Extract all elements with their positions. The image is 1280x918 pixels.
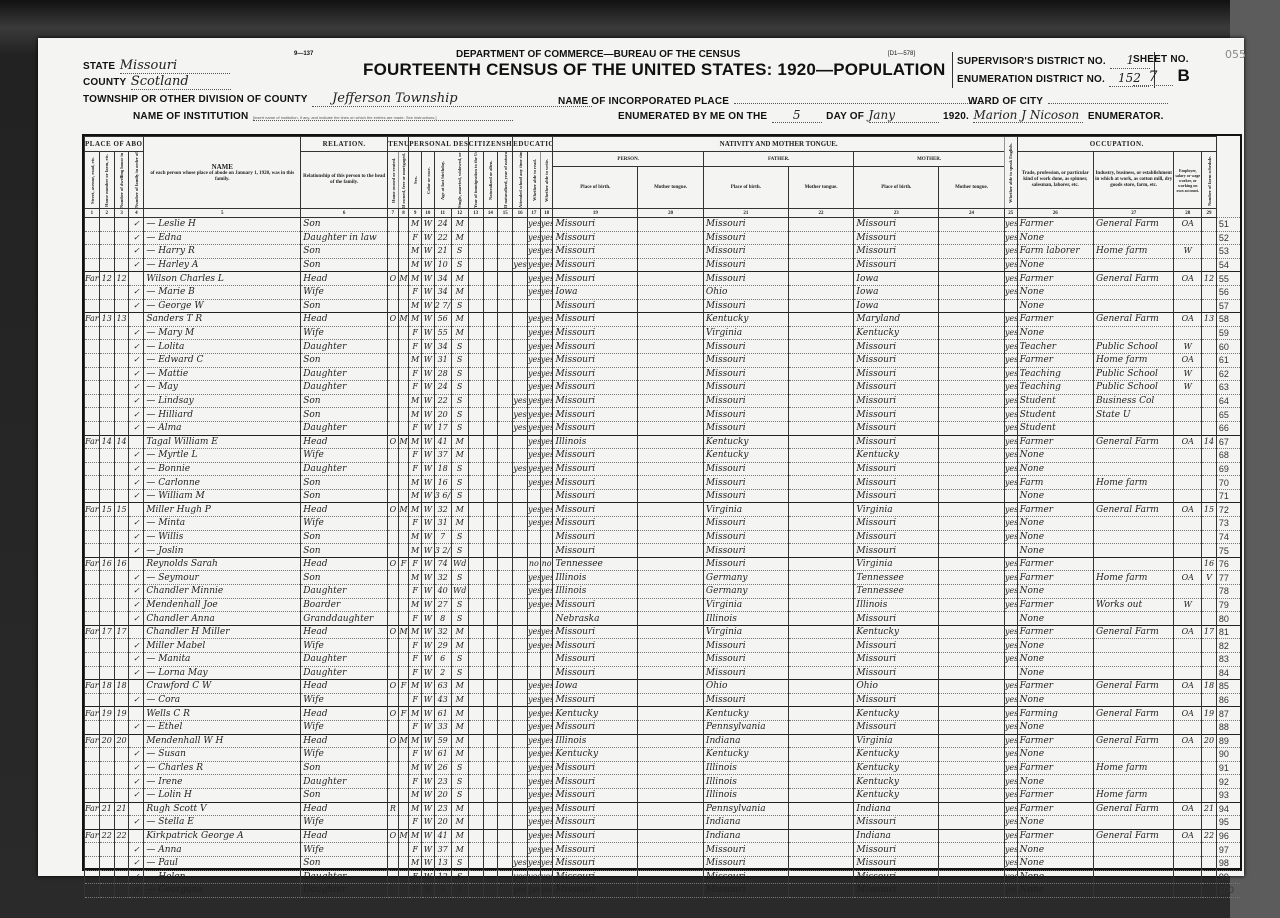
- cell-own: [388, 326, 399, 340]
- cell-sch: [513, 517, 528, 531]
- cell-check: [129, 707, 144, 721]
- cell-mpob: Kentucky: [854, 449, 939, 463]
- cell-ind: [1093, 748, 1174, 762]
- cell-ftongue: [788, 394, 854, 408]
- column-number: 6: [301, 209, 388, 218]
- cell-pob: Missouri: [553, 775, 638, 789]
- header-c25: Whether able to speak English.: [1004, 137, 1017, 209]
- cell-eng: yes: [1004, 503, 1017, 517]
- corner-note: 055: [1225, 48, 1246, 61]
- cell-imm: [468, 585, 483, 599]
- cell-rel: Head: [301, 557, 388, 571]
- cell-pob: Missouri: [553, 367, 638, 381]
- line-number: 70: [1216, 476, 1240, 490]
- cell-ind: [1093, 544, 1174, 558]
- cell-fpob: Kentucky: [703, 435, 788, 449]
- cell-pob: Missouri: [553, 870, 638, 884]
- cell-dw: [99, 218, 114, 232]
- cell-sex: M: [409, 707, 422, 721]
- cell-mpob: Missouri: [854, 381, 939, 395]
- cell-own: [388, 693, 399, 707]
- cell-rel: Head: [301, 707, 388, 721]
- cell-mort: M: [398, 435, 409, 449]
- line-number: 74: [1216, 530, 1240, 544]
- cell-road: [85, 421, 100, 435]
- cell-rel: Head: [301, 802, 388, 816]
- cell-name: Reynolds Sarah: [144, 557, 301, 571]
- cell-read: yes: [528, 639, 541, 653]
- cell-eng: yes: [1004, 326, 1017, 340]
- cell-farm: [1202, 394, 1217, 408]
- cell-eng: yes: [1004, 530, 1017, 544]
- cell-name: — Cora: [144, 693, 301, 707]
- cell-pob: Tennessee: [553, 557, 638, 571]
- cell-write: yes: [540, 517, 553, 531]
- cell-fam: [114, 775, 129, 789]
- cell-own: [388, 761, 399, 775]
- cell-cls: [1174, 326, 1202, 340]
- cell-race: W: [422, 571, 435, 585]
- cell-ftongue: [788, 517, 854, 531]
- cell-natyr: [498, 557, 513, 571]
- cell-nat: [483, 802, 498, 816]
- line-number: 56: [1216, 285, 1240, 299]
- cell-road: [85, 775, 100, 789]
- cell-tongue: [638, 761, 704, 775]
- cell-pob: Missouri: [553, 530, 638, 544]
- cell-check: ✓: [129, 489, 144, 503]
- cell-own: O: [388, 734, 399, 748]
- cell-eng: yes: [1004, 340, 1017, 354]
- cell-mort: [398, 449, 409, 463]
- cell-name: — Hilliard: [144, 408, 301, 422]
- cell-nat: [483, 367, 498, 381]
- cell-check: ✓: [129, 856, 144, 870]
- cell-mort: [398, 870, 409, 884]
- cell-ftongue: [788, 612, 854, 626]
- cell-pob: Missouri: [553, 517, 638, 531]
- cell-race: W: [422, 666, 435, 680]
- cell-dw: [99, 421, 114, 435]
- cell-check: [129, 272, 144, 286]
- cell-farm: [1202, 693, 1217, 707]
- header-c4: Number of family in order of visitation.: [129, 152, 144, 209]
- cell-own: O: [388, 272, 399, 286]
- cell-road: [85, 489, 100, 503]
- cell-mpob: Ohio: [854, 680, 939, 694]
- cell-tongue: [638, 353, 704, 367]
- cell-dw: [99, 816, 114, 830]
- cell-age: 63: [434, 680, 451, 694]
- cell-occ: Farmer: [1017, 571, 1093, 585]
- cell-ind: [1093, 517, 1174, 531]
- cell-mpob: Missouri: [854, 884, 939, 898]
- cell-own: [388, 258, 399, 272]
- cell-read: yes: [528, 313, 541, 327]
- cell-dw: [99, 408, 114, 422]
- cell-race: W: [422, 476, 435, 490]
- cell-name: — Edward C: [144, 353, 301, 367]
- cell-fam: [114, 544, 129, 558]
- sheet-side: B: [1177, 66, 1189, 85]
- cell-write: no: [540, 557, 553, 571]
- cell-natyr: [498, 707, 513, 721]
- cell-sex: M: [409, 829, 422, 843]
- table-row: Farm2222Kirkpatrick George AHeadOMMW41My…: [85, 829, 1241, 843]
- cell-tongue: [638, 585, 704, 599]
- cell-tongue: [638, 707, 704, 721]
- cell-farm: [1202, 761, 1217, 775]
- cell-nat: [483, 843, 498, 857]
- cell-nat: [483, 775, 498, 789]
- cell-occ: None: [1017, 462, 1093, 476]
- cell-ftongue: [788, 693, 854, 707]
- cell-rel: Daughter in law: [301, 231, 388, 245]
- cell-tongue: [638, 598, 704, 612]
- cell-imm: [468, 734, 483, 748]
- cell-natyr: [498, 816, 513, 830]
- census-sheet: 9—137 DEPARTMENT OF COMMERCE—BUREAU OF T…: [38, 38, 1244, 876]
- cell-age: 34: [434, 272, 451, 286]
- cell-imm: [468, 530, 483, 544]
- cell-road: [85, 585, 100, 599]
- cell-ftongue: [788, 218, 854, 232]
- cell-road: [85, 530, 100, 544]
- cell-eng: yes: [1004, 381, 1017, 395]
- cell-name: — Paul: [144, 856, 301, 870]
- cell-road: Farm: [85, 680, 100, 694]
- cell-rel: Wife: [301, 517, 388, 531]
- cell-farm: [1202, 843, 1217, 857]
- cell-read: yes: [528, 734, 541, 748]
- line-number: 67: [1216, 435, 1240, 449]
- header-c14: Naturalized or alien.: [483, 152, 498, 209]
- cell-cls: [1174, 489, 1202, 503]
- cell-pob: Illinois: [553, 571, 638, 585]
- cell-nat: [483, 489, 498, 503]
- cell-ind: [1093, 326, 1174, 340]
- cell-age: 6: [434, 653, 451, 667]
- cell-natyr: [498, 326, 513, 340]
- cell-dw: [99, 489, 114, 503]
- cell-farm: [1202, 340, 1217, 354]
- cell-farm: [1202, 218, 1217, 232]
- cell-mort: [398, 530, 409, 544]
- column-number: 12: [451, 209, 468, 218]
- cell-road: [85, 666, 100, 680]
- cell-occ: Farmer: [1017, 734, 1093, 748]
- cell-nat: [483, 326, 498, 340]
- cell-occ: Farmer: [1017, 625, 1093, 639]
- cell-sex: F: [409, 653, 422, 667]
- cell-mtongue: [939, 775, 1005, 789]
- cell-own: [388, 231, 399, 245]
- cell-sex: F: [409, 666, 422, 680]
- cell-ms: M: [451, 720, 468, 734]
- cell-rel: Son: [301, 476, 388, 490]
- cell-mort: M: [398, 625, 409, 639]
- cell-imm: [468, 299, 483, 313]
- cell-own: [388, 285, 399, 299]
- cell-sch: [513, 734, 528, 748]
- cell-dw: [99, 666, 114, 680]
- cell-name: Kirkpatrick George A: [144, 829, 301, 843]
- cell-own: O: [388, 625, 399, 639]
- cell-farm: [1202, 462, 1217, 476]
- cell-read: yes: [528, 381, 541, 395]
- cell-road: [85, 693, 100, 707]
- cell-mtongue: [939, 449, 1005, 463]
- cell-ind: [1093, 843, 1174, 857]
- cell-natyr: [498, 653, 513, 667]
- cell-own: [388, 530, 399, 544]
- cell-ind: Home farm: [1093, 476, 1174, 490]
- cell-farm: 21: [1202, 802, 1217, 816]
- cell-sch: [513, 353, 528, 367]
- cell-mort: F: [398, 557, 409, 571]
- cell-ms: Wd: [451, 557, 468, 571]
- cell-write: yes: [540, 748, 553, 762]
- cell-ftongue: [788, 571, 854, 585]
- cell-fam: [114, 340, 129, 354]
- cell-mtongue: [939, 802, 1005, 816]
- table-row: ✓— Marie BWifeFW34MyesyesIowaOhioIowayes…: [85, 285, 1241, 299]
- header-abode: PLACE OF ABODE.: [85, 137, 144, 152]
- table-row: ✓Chandler AnnaGranddaughterFW8SNebraskaI…: [85, 612, 1241, 626]
- cell-cls: OA: [1174, 218, 1202, 232]
- cell-dw: 19: [99, 707, 114, 721]
- cell-read: yes: [528, 258, 541, 272]
- cell-check: ✓: [129, 585, 144, 599]
- header-name: NAME of each person whose place of abode…: [144, 137, 301, 209]
- cell-natyr: [498, 571, 513, 585]
- cell-nat: [483, 285, 498, 299]
- cell-ind: General Farm: [1093, 435, 1174, 449]
- cell-name: — Minta: [144, 517, 301, 531]
- cell-mort: [398, 653, 409, 667]
- cell-mtongue: [939, 340, 1005, 354]
- cell-dw: [99, 394, 114, 408]
- column-number: 27: [1093, 209, 1174, 218]
- cell-mort: [398, 720, 409, 734]
- cell-dw: [99, 326, 114, 340]
- table-row: ✓— Lolin HSonMW20SyesyesMissouriIllinois…: [85, 788, 1241, 802]
- cell-mpob: Missouri: [854, 666, 939, 680]
- cell-eng: yes: [1004, 435, 1017, 449]
- table-row: ✓— Harley ASonMW10SyesyesyesMissouriMiss…: [85, 258, 1241, 272]
- cell-occ: None: [1017, 843, 1093, 857]
- cell-sex: M: [409, 394, 422, 408]
- cell-sch: yes: [513, 884, 528, 898]
- cell-cls: [1174, 585, 1202, 599]
- cell-mpob: Virginia: [854, 734, 939, 748]
- cell-check: ✓: [129, 843, 144, 857]
- cell-road: [85, 639, 100, 653]
- cell-ftongue: [788, 816, 854, 830]
- cell-tongue: [638, 258, 704, 272]
- cell-ms: M: [451, 285, 468, 299]
- cell-age: 20: [434, 788, 451, 802]
- cell-eng: [1004, 299, 1017, 313]
- cell-eng: yes: [1004, 421, 1017, 435]
- table-row: ✓— WillisSonMW7SMissouriMissouriMissouri…: [85, 530, 1241, 544]
- cell-mtongue: [939, 489, 1005, 503]
- cell-nat: [483, 340, 498, 354]
- column-number: 14: [483, 209, 498, 218]
- cell-mtongue: [939, 258, 1005, 272]
- cell-eng: yes: [1004, 272, 1017, 286]
- cell-road: Farm: [85, 707, 100, 721]
- cell-race: W: [422, 707, 435, 721]
- header-c10: Color or race.: [422, 152, 435, 209]
- cell-sex: F: [409, 612, 422, 626]
- cell-pob: Kentucky: [553, 748, 638, 762]
- cell-tongue: [638, 829, 704, 843]
- cell-age: 41: [434, 829, 451, 843]
- cell-own: [388, 598, 399, 612]
- cell-nat: [483, 707, 498, 721]
- cell-dw: [99, 788, 114, 802]
- cell-fpob: Ohio: [703, 680, 788, 694]
- cell-mtongue: [939, 476, 1005, 490]
- header-c2: House number or farm, etc.: [99, 152, 114, 209]
- cell-nat: [483, 720, 498, 734]
- cell-tongue: [638, 680, 704, 694]
- cell-cls: [1174, 693, 1202, 707]
- cell-tongue: [638, 625, 704, 639]
- cell-own: [388, 612, 399, 626]
- cell-ind: Business Col: [1093, 394, 1174, 408]
- cell-dw: [99, 245, 114, 259]
- cell-tongue: [638, 571, 704, 585]
- cell-sch: [513, 449, 528, 463]
- cell-age: 13: [434, 856, 451, 870]
- cell-read: yes: [528, 503, 541, 517]
- cell-dw: 17: [99, 625, 114, 639]
- cell-cls: [1174, 788, 1202, 802]
- cell-cls: OA: [1174, 503, 1202, 517]
- cell-farm: 19: [1202, 707, 1217, 721]
- cell-rel: Son: [301, 408, 388, 422]
- cell-occ: Farmer: [1017, 557, 1093, 571]
- cell-sch: [513, 761, 528, 775]
- cell-mtongue: [939, 218, 1005, 232]
- cell-sex: M: [409, 299, 422, 313]
- cell-check: ✓: [129, 394, 144, 408]
- cell-read: yes: [528, 394, 541, 408]
- cell-tongue: [638, 693, 704, 707]
- cell-ind: General Farm: [1093, 272, 1174, 286]
- cell-rel: Wife: [301, 720, 388, 734]
- cell-mort: [398, 639, 409, 653]
- cell-sch: [513, 313, 528, 327]
- cell-ind: General Farm: [1093, 218, 1174, 232]
- cell-dw: [99, 653, 114, 667]
- cell-ftongue: [788, 666, 854, 680]
- cell-own: [388, 218, 399, 232]
- cell-nat: [483, 476, 498, 490]
- cell-sex: F: [409, 285, 422, 299]
- cell-pob: Missouri: [553, 449, 638, 463]
- column-number: 28: [1174, 209, 1202, 218]
- cell-fam: [114, 720, 129, 734]
- cell-ms: S: [451, 394, 468, 408]
- cell-nat: [483, 666, 498, 680]
- cell-mort: [398, 666, 409, 680]
- cell-rel: Daughter: [301, 381, 388, 395]
- line-number: 90: [1216, 748, 1240, 762]
- cell-fam: [114, 326, 129, 340]
- header-tenure: TENURE.: [388, 137, 409, 152]
- cell-name: Sanders T R: [144, 313, 301, 327]
- cell-ftongue: [788, 353, 854, 367]
- cell-ms: S: [451, 353, 468, 367]
- line-number: 66: [1216, 421, 1240, 435]
- cell-mort: [398, 353, 409, 367]
- cell-road: [85, 884, 100, 898]
- cell-sex: M: [409, 218, 422, 232]
- table-row: Farm1414Tagal William EHeadOMMW41Myesyes…: [85, 435, 1241, 449]
- cell-sex: F: [409, 816, 422, 830]
- cell-mort: [398, 585, 409, 599]
- cell-farm: [1202, 788, 1217, 802]
- cell-ftongue: [788, 476, 854, 490]
- cell-ind: General Farm: [1093, 313, 1174, 327]
- cell-check: ✓: [129, 517, 144, 531]
- cell-dw: 22: [99, 829, 114, 843]
- cell-eng: yes: [1004, 856, 1017, 870]
- cell-age: 33: [434, 720, 451, 734]
- cell-natyr: [498, 299, 513, 313]
- cell-read: yes: [528, 816, 541, 830]
- cell-ms: S: [451, 476, 468, 490]
- cell-race: W: [422, 489, 435, 503]
- line-number: 64: [1216, 394, 1240, 408]
- cell-sch: yes: [513, 856, 528, 870]
- cell-cls: [1174, 612, 1202, 626]
- cell-sex: M: [409, 856, 422, 870]
- header-pob-person: Place of birth.: [553, 167, 638, 209]
- cell-fam: [114, 870, 129, 884]
- cell-mpob: Missouri: [854, 720, 939, 734]
- cell-nat: [483, 462, 498, 476]
- cell-name: — Alma: [144, 421, 301, 435]
- cell-farm: [1202, 353, 1217, 367]
- cell-imm: [468, 517, 483, 531]
- cell-farm: V: [1202, 571, 1217, 585]
- cell-race: W: [422, 788, 435, 802]
- cell-own: [388, 462, 399, 476]
- cell-road: [85, 517, 100, 531]
- cell-farm: [1202, 476, 1217, 490]
- county-label: COUNTY: [83, 77, 126, 88]
- cell-imm: [468, 489, 483, 503]
- cell-dw: 14: [99, 435, 114, 449]
- line-number: 91: [1216, 761, 1240, 775]
- cell-sex: F: [409, 517, 422, 531]
- incorporated-blank: [734, 103, 984, 104]
- form-number: 9—137: [294, 51, 313, 57]
- cell-rel: Wife: [301, 639, 388, 653]
- cell-ms: S: [451, 530, 468, 544]
- cell-ftongue: [788, 285, 854, 299]
- cell-age: 22: [434, 231, 451, 245]
- cell-ftongue: [788, 557, 854, 571]
- cell-nat: [483, 598, 498, 612]
- table-row: ✓— MayDaughterFW24SyesyesMissouriMissour…: [85, 381, 1241, 395]
- cell-imm: [468, 231, 483, 245]
- cell-fpob: Illinois: [703, 612, 788, 626]
